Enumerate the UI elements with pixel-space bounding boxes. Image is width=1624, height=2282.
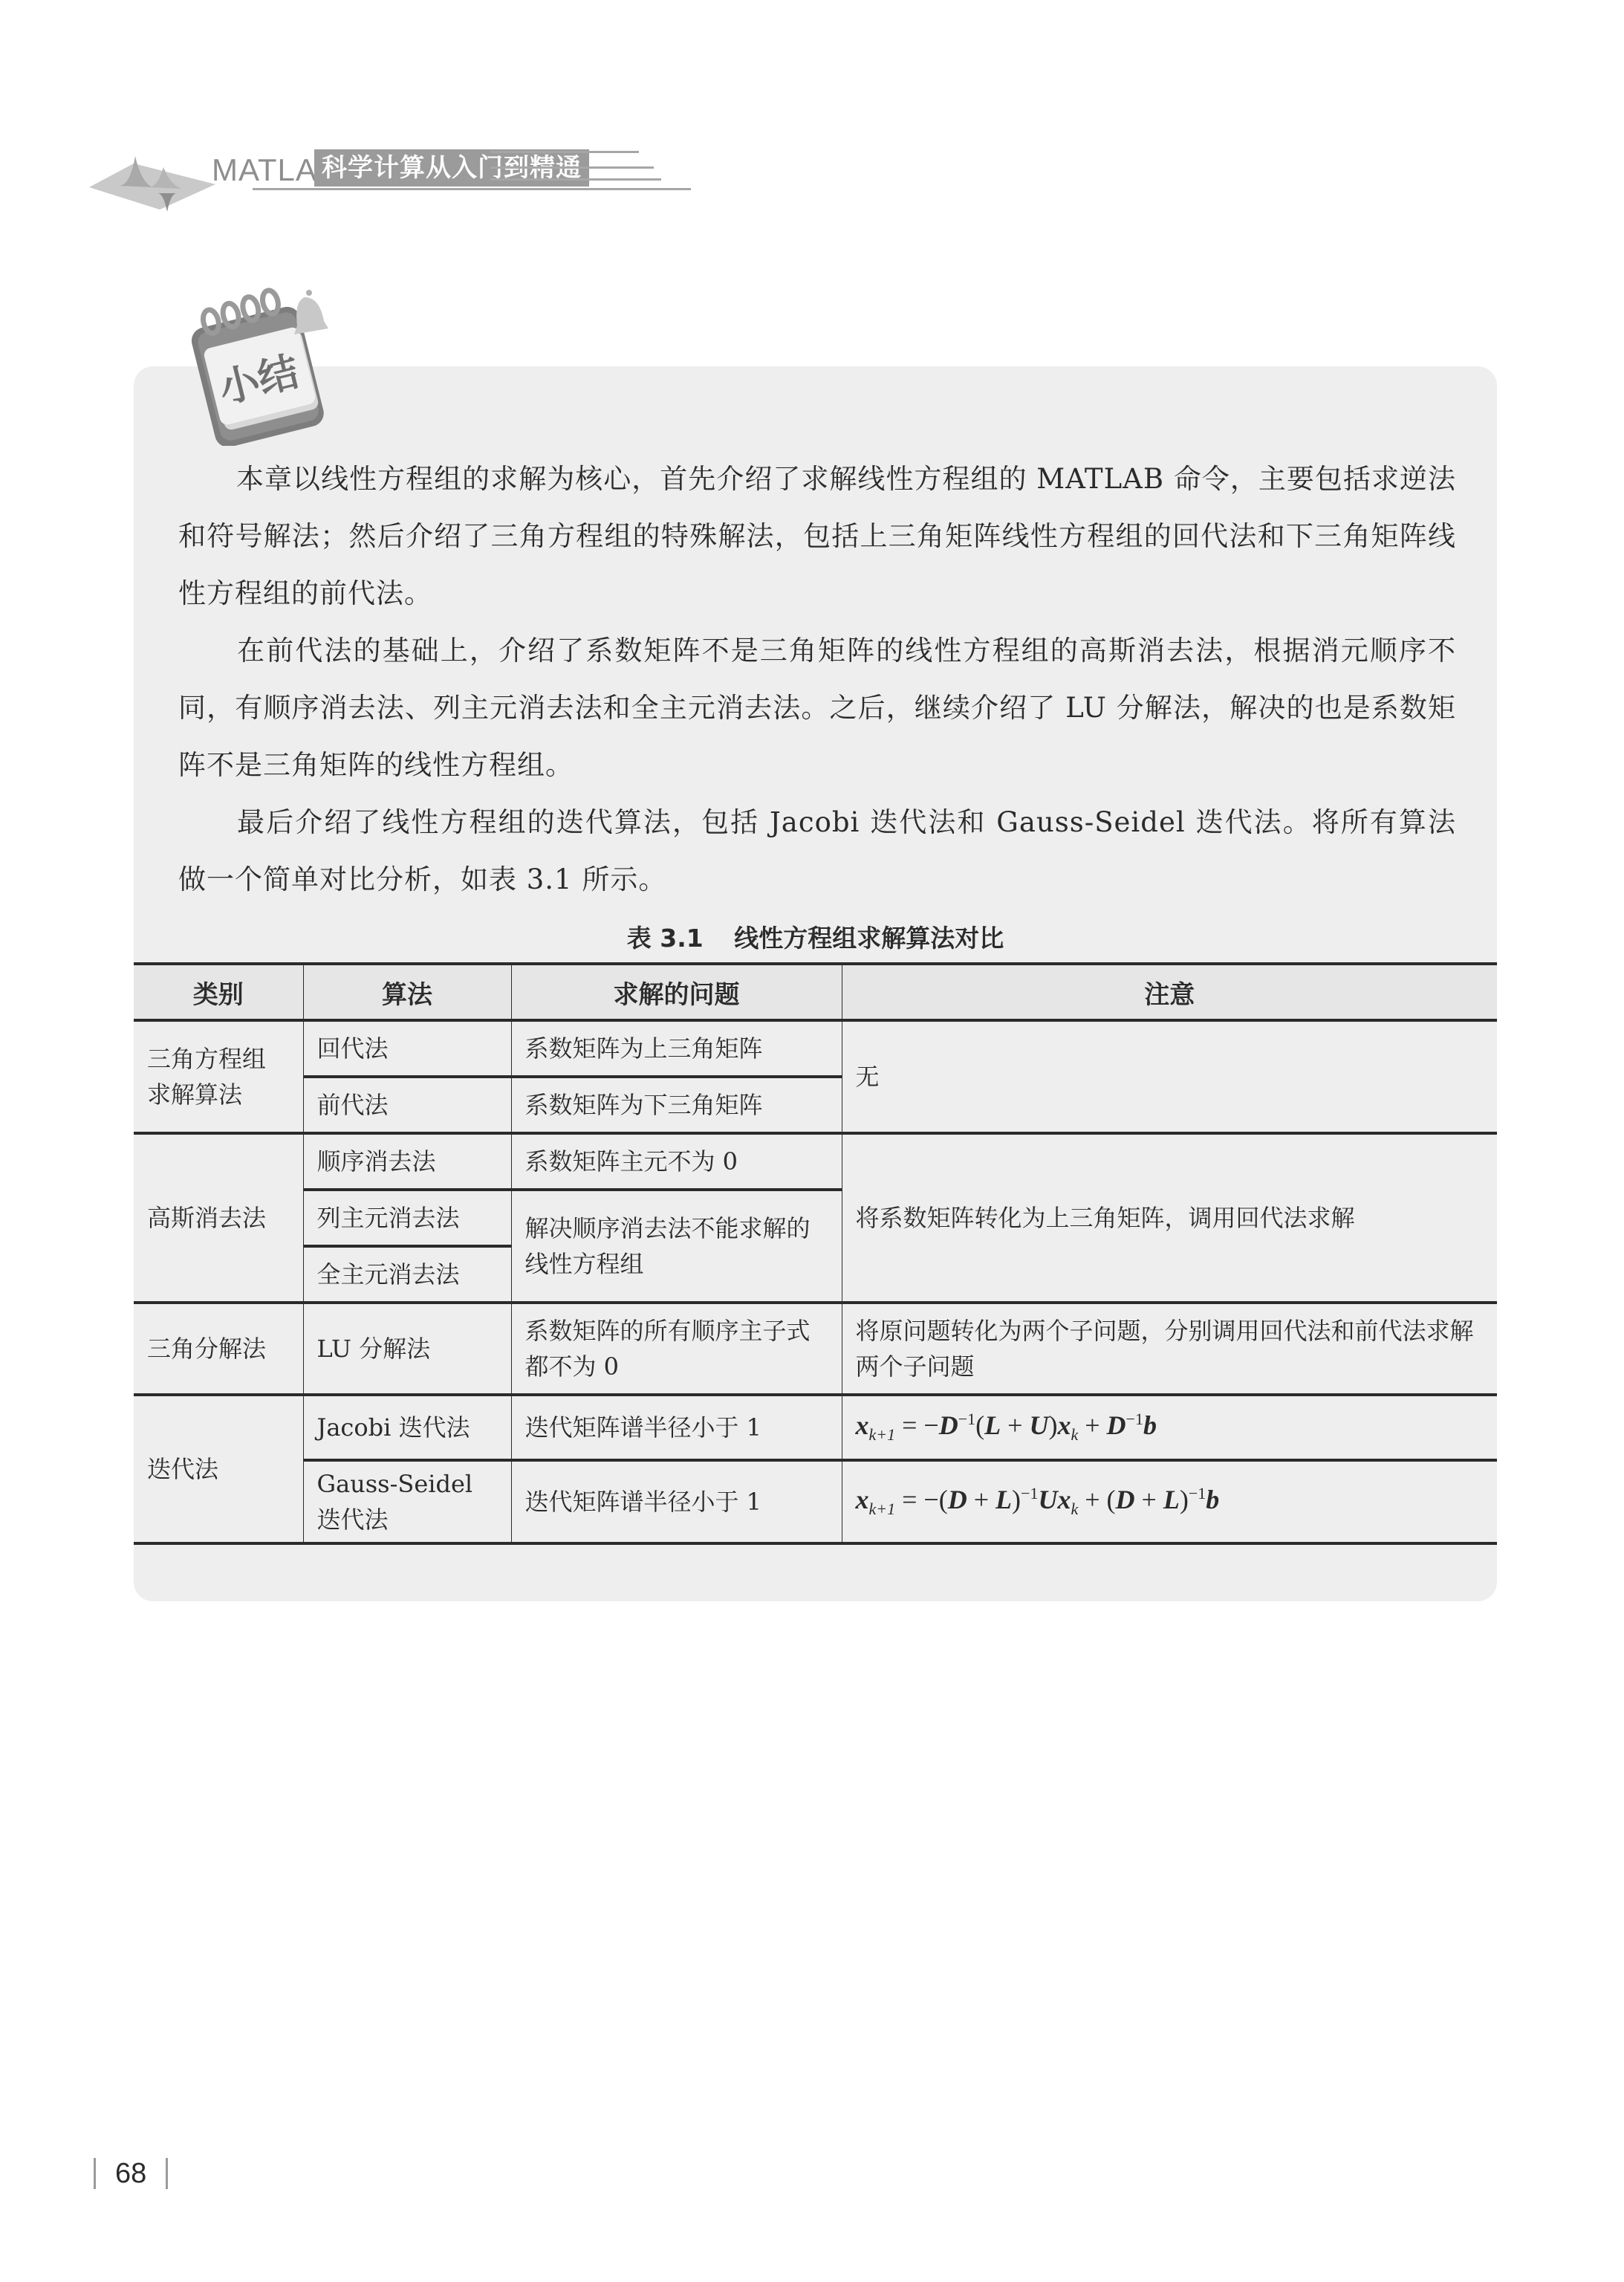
- header-note: 注意: [842, 964, 1497, 1020]
- header-rule: [253, 188, 691, 190]
- algorithm-comparison-table: 类别 算法 求解的问题 注意 三角方程组求解算法 回代法 系数矩阵为上三角矩阵 …: [134, 962, 1497, 1545]
- table-row: 高斯消去法 顺序消去法 系数矩阵主元不为 0 将系数矩阵转化为上三角矩阵，调用回…: [134, 1133, 1497, 1190]
- table-caption: 表 3.1 线性方程组求解算法对比: [134, 919, 1497, 954]
- paragraph-text: 本章以线性方程组的求解为核心，首先介绍了求解线性方程组的 MATLAB 命令，主…: [178, 463, 1456, 609]
- running-header: MATLAB 科学计算从入门到精通: [89, 137, 698, 212]
- header-rule: [490, 166, 654, 169]
- table-number: 表 3.1: [627, 924, 704, 953]
- cell-category: 高斯消去法: [134, 1133, 303, 1303]
- cell-algorithm: 回代法: [303, 1020, 511, 1077]
- cell-note: 将原问题转化为两个子问题，分别调用回代法和前代法求解两个子问题: [842, 1303, 1497, 1395]
- cell-algorithm: 全主元消去法: [303, 1246, 511, 1303]
- page-number-text: 68: [96, 2158, 166, 2190]
- header-category: 类别: [134, 964, 303, 1020]
- table-header-row: 类别 算法 求解的问题 注意: [134, 964, 1497, 1020]
- cell-problem: 系数矩阵的所有顺序主子式都不为 0: [511, 1303, 842, 1395]
- paragraph-text: 最后介绍了线性方程组的迭代算法，包括 Jacobi 迭代法和 Gauss-Sei…: [178, 806, 1456, 895]
- table-row: Gauss-Seidel 迭代法 迭代矩阵谱半径小于 1 xk+1 = −(D …: [134, 1460, 1497, 1543]
- page-number: 68: [94, 2159, 168, 2188]
- page-number-divider: [166, 2158, 168, 2189]
- cell-problem: 解决顺序消去法不能求解的线性方程组: [511, 1190, 842, 1303]
- table-row: 迭代法 Jacobi 迭代法 迭代矩阵谱半径小于 1 xk+1 = −D−1(L…: [134, 1395, 1497, 1460]
- calendar-bell-icon: 小结: [171, 275, 342, 446]
- table-row: 三角方程组求解算法 回代法 系数矩阵为上三角矩阵 无: [134, 1020, 1497, 1077]
- paragraph-text: 在前代法的基础上，介绍了系数矩阵不是三角矩阵的线性方程组的高斯消去法，根据消元顺…: [178, 635, 1456, 781]
- jacobi-formula: xk+1 = −D−1(L + U)xk + D−1b: [856, 1410, 1157, 1440]
- cell-problem: 迭代矩阵谱半径小于 1: [511, 1395, 842, 1460]
- cell-problem: 系数矩阵主元不为 0: [511, 1133, 842, 1190]
- cell-note: 无: [842, 1020, 1497, 1133]
- header-rule: [490, 151, 639, 153]
- header-algorithm: 算法: [303, 964, 511, 1020]
- gauss-seidel-formula: xk+1 = −(D + L)−1Uxk + (D + L)−1b: [856, 1485, 1220, 1514]
- cell-algorithm: LU 分解法: [303, 1303, 511, 1395]
- table-row: 三角分解法 LU 分解法 系数矩阵的所有顺序主子式都不为 0 将原问题转化为两个…: [134, 1303, 1497, 1395]
- cell-algorithm: Gauss-Seidel 迭代法: [303, 1460, 511, 1543]
- header-problem: 求解的问题: [511, 964, 842, 1020]
- cell-category: 迭代法: [134, 1395, 303, 1543]
- cell-algorithm: 列主元消去法: [303, 1190, 511, 1246]
- cell-problem: 系数矩阵为下三角矩阵: [511, 1077, 842, 1133]
- cell-algorithm: 前代法: [303, 1077, 511, 1133]
- table-title: 线性方程组求解算法对比: [734, 924, 1004, 953]
- cell-formula-jacobi: xk+1 = −D−1(L + U)xk + D−1b: [842, 1395, 1497, 1460]
- surface-plot-logo-icon: [89, 141, 215, 212]
- header-rule: [490, 178, 661, 181]
- cell-problem: 系数矩阵为上三角矩阵: [511, 1020, 842, 1077]
- cell-formula-gauss-seidel: xk+1 = −(D + L)−1Uxk + (D + L)−1b: [842, 1460, 1497, 1543]
- cell-category: 三角方程组求解算法: [134, 1020, 303, 1133]
- cell-category: 三角分解法: [134, 1303, 303, 1395]
- cell-algorithm: Jacobi 迭代法: [303, 1395, 511, 1460]
- cell-algorithm: 顺序消去法: [303, 1133, 511, 1190]
- cell-note: 将系数矩阵转化为上三角矩阵，调用回代法求解: [842, 1133, 1497, 1303]
- summary-paragraph-1: 本章以线性方程组的求解为核心，首先介绍了求解线性方程组的 MATLAB 命令，主…: [178, 450, 1456, 622]
- cell-problem: 迭代矩阵谱半径小于 1: [511, 1460, 842, 1543]
- summary-paragraph-2: 在前代法的基础上，介绍了系数矩阵不是三角矩阵的线性方程组的高斯消去法，根据消元顺…: [178, 622, 1456, 794]
- summary-paragraph-3: 最后介绍了线性方程组的迭代算法，包括 Jacobi 迭代法和 Gauss-Sei…: [178, 794, 1456, 908]
